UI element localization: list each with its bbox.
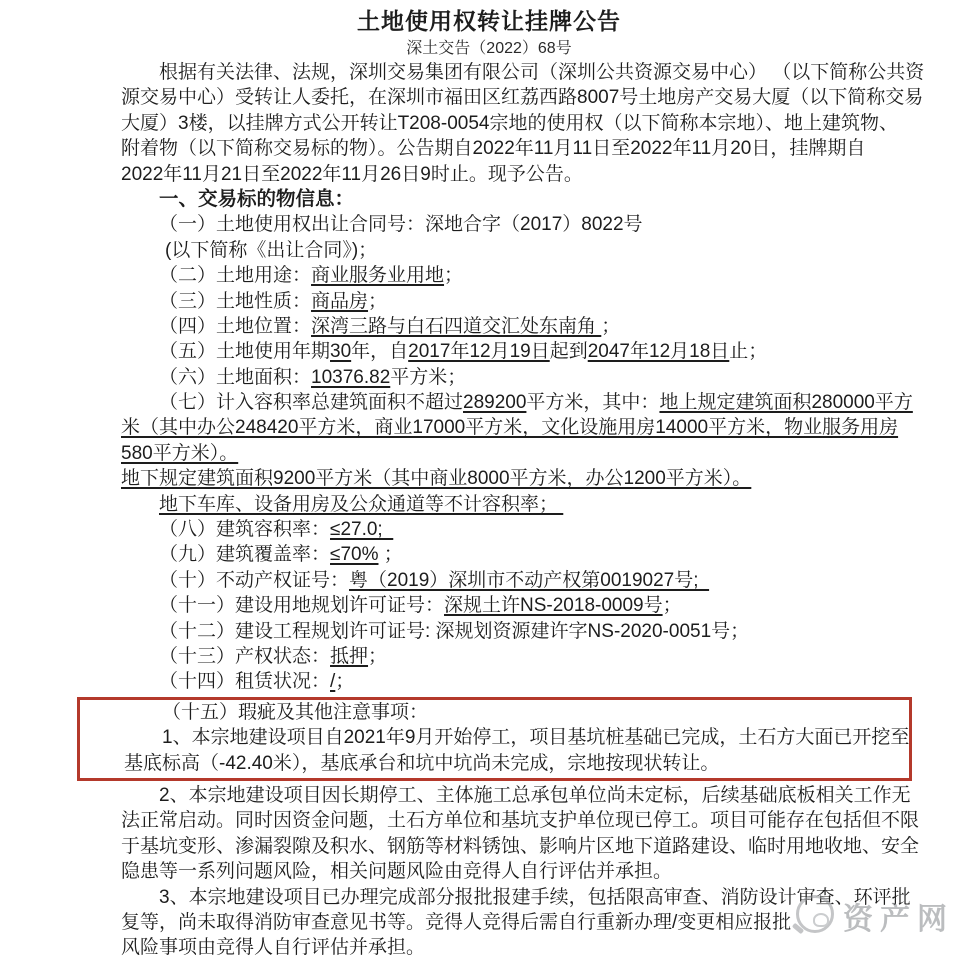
text-segment: 基底标高（-42.40米），基底承台和坑中坑尚未完成，宗地按现状转让。 bbox=[124, 753, 719, 774]
text-line: 大厦）3楼，以挂牌方式公开转让T208-0054宗地的使用权（以下简称本宗地）、… bbox=[121, 111, 912, 136]
text-line: （六）土地面积：10376.82平方米； bbox=[121, 365, 912, 390]
text-line: （七）计入容积率总建筑面积不超过289200平方米，其中：地上规定建筑面积280… bbox=[121, 390, 912, 415]
text-segment: 起到 bbox=[550, 341, 588, 362]
underlined-value: 商品房 bbox=[311, 291, 368, 312]
text-segment: （十三）产权状态： bbox=[159, 646, 330, 667]
underlined-value: 深规土许NS-2018-0009号 bbox=[444, 595, 663, 616]
text-line: （十二）建设工程规划许可证号: 深规划资源建许字NS-2020-0051号； bbox=[121, 619, 912, 644]
text-line: 米（其中办公248420平方米，商业17000平方米，文化设施用房14000平方… bbox=[121, 415, 912, 440]
page: { "document": { "title": "土地使用权转让挂牌公告", … bbox=[0, 0, 978, 958]
text-segment: 法正常启动。同时因资金问题，土石方单位和基坑支护单位现已停工。项目可能存在包括但… bbox=[121, 810, 919, 831]
underlined-value: 深湾三路与白石四道交汇处东南角 bbox=[311, 316, 601, 337]
text-line: 复等，尚未取得消防审查意见书等。竞得人竞得后需自行重新办理/变更相应报批 bbox=[121, 910, 912, 935]
text-segment: (以下简称《出让合同》)； bbox=[165, 240, 377, 261]
text-line: （九）建筑覆盖率：≤70% ； bbox=[121, 542, 912, 567]
text-line: 基底标高（-42.40米），基底承台和坑中坑尚未完成，宗地按现状转让。 bbox=[124, 751, 905, 776]
text-segment: ； bbox=[368, 291, 387, 312]
text-line: 源交易中心）受转让人委托，在深圳市福田区红荔西路8007号土地房产交易大厦（以下… bbox=[121, 85, 912, 110]
text-segment: 根据有关法律、法规，深圳交易集团有限公司（深圳公共资源交易中心） （以下简称公共… bbox=[159, 62, 924, 83]
highlight-box: （十五）瑕疵及其他注意事项：1、本宗地建设项目自2021年9月开始停工，项目基坑… bbox=[77, 697, 912, 781]
document-body: 根据有关法律、法规，深圳交易集团有限公司（深圳公共资源交易中心） （以下简称公共… bbox=[121, 60, 912, 958]
text-segment: 平方米，其中： bbox=[526, 392, 659, 413]
text-segment: （二）土地用途： bbox=[159, 265, 311, 286]
underlined-value: 商业服务业用地 bbox=[311, 265, 444, 286]
text-segment: （十一）建设用地规划许可证号： bbox=[159, 595, 444, 616]
underlined-value: 289200 bbox=[463, 392, 526, 413]
text-line: （十一）建设用地规划许可证号：深规土许NS-2018-0009号； bbox=[121, 593, 912, 618]
text-segment: 附着物（以下简称交易标的物）。公告期自2022年11月11日至2022年11月2… bbox=[121, 138, 865, 159]
text-segment: （十五）瑕疵及其他注意事项： bbox=[162, 702, 428, 723]
text-line: （十三）产权状态：抵押； bbox=[121, 644, 912, 669]
text-segment: 止； bbox=[729, 341, 767, 362]
text-line: （四）土地位置：深湾三路与白石四道交汇处东南角 ； bbox=[121, 314, 912, 339]
text-line: 地下规定建筑面积9200平方米（其中商业8000平方米，办公1200平方米）。 bbox=[121, 466, 912, 491]
text-line: 法正常启动。同时因资金问题，土石方单位和基坑支护单位现已停工。项目可能存在包括但… bbox=[121, 808, 912, 833]
underlined-value: 地上规定建筑面积280000平方 bbox=[659, 392, 912, 413]
text-segment: ； bbox=[378, 544, 402, 565]
text-segment: 隐患等一系列问题风险，相关问题风险由竞得人自行评估并承担。 bbox=[121, 861, 672, 882]
underlined-value: 30 bbox=[330, 341, 351, 362]
text-segment: 源交易中心）受转让人委托，在深圳市福田区红荔西路8007号土地房产交易大厦（以下… bbox=[121, 87, 923, 108]
text-line: （十四）租赁状况：/； bbox=[121, 669, 912, 694]
text-line: 2、本宗地建设项目因长期停工、主体施工总承包单位尚未定标，后续基础底板相关工作无 bbox=[121, 783, 912, 808]
text-segment: ； bbox=[601, 316, 620, 337]
text-segment: （九）建筑覆盖率： bbox=[159, 544, 330, 565]
text-segment: 2、本宗地建设项目因长期停工、主体施工总承包单位尚未定标，后续基础底板相关工作无 bbox=[159, 785, 911, 806]
text-segment: （六）土地面积： bbox=[159, 367, 311, 388]
text-segment: 于基坑变形、渗漏裂隙及积水、钢筋等材料锈蚀、影响片区地下道路建设、临时用地收地、… bbox=[121, 836, 919, 857]
underlined-value: ≤27.0; bbox=[330, 519, 393, 540]
text-segment: 2022年11月21日至2022年11月26日9时止。现予公告。 bbox=[121, 164, 583, 185]
text-line: 580平方米）。 bbox=[121, 441, 912, 466]
text-segment: ； bbox=[444, 265, 463, 286]
announcement-document: 土地使用权转让挂牌公告 深土交告（2022）68号 根据有关法律、法规，深圳交易… bbox=[0, 0, 978, 958]
page-title: 土地使用权转让挂牌公告 bbox=[0, 5, 978, 38]
text-line: 2022年11月21日至2022年11月26日9时止。现予公告。 bbox=[121, 162, 912, 187]
text-segment: （四）土地位置： bbox=[159, 316, 311, 337]
text-line: 1、本宗地建设项目自2021年9月开始停工，项目基坑桩基础已完成，土石方大面已开… bbox=[124, 725, 905, 750]
text-segment: （七）计入容积率总建筑面积不超过 bbox=[159, 392, 463, 413]
underlined-value: 2017年12月19日 bbox=[408, 341, 550, 362]
text-line: 3、本宗地建设项目已办理完成部分报批报建手续，包括限高审查、消防设计审查、环评批 bbox=[121, 885, 912, 910]
underlined-value: ≤70% bbox=[330, 544, 378, 565]
text-segment: （五）土地使用年期 bbox=[159, 341, 330, 362]
underlined-value: 地下车库、设备用房及公众通道等不计容积率； bbox=[159, 494, 563, 515]
text-line: 风险事项由竞得人自行评估并承担。 bbox=[121, 935, 912, 958]
text-line: 附着物（以下简称交易标的物）。公告期自2022年11月11日至2022年11月2… bbox=[121, 136, 912, 161]
text-line: （三）土地性质：商品房； bbox=[121, 289, 912, 314]
document-number: 深土交告（2022）68号 bbox=[0, 38, 978, 60]
underlined-value: 10376.82 bbox=[311, 367, 390, 388]
text-segment: 3、本宗地建设项目已办理完成部分报批报建手续，包括限高审查、消防设计审查、环评批 bbox=[159, 887, 911, 908]
text-line: 于基坑变形、渗漏裂隙及积水、钢筋等材料锈蚀、影响片区地下道路建设、临时用地收地、… bbox=[121, 834, 912, 859]
text-segment: 一、交易标的物信息： bbox=[159, 188, 354, 210]
text-segment: 平方米； bbox=[390, 367, 466, 388]
underlined-value: 地下规定建筑面积9200平方米（其中商业8000平方米，办公1200平方米）。 bbox=[121, 468, 751, 489]
text-segment: ； bbox=[663, 595, 682, 616]
underlined-value: 粤（2019）深圳市不动产权第0019027号; bbox=[349, 570, 709, 591]
text-line: （二）土地用途：商业服务业用地； bbox=[121, 263, 912, 288]
text-segment: （八）建筑容积率： bbox=[159, 519, 330, 540]
text-line: （十五）瑕疵及其他注意事项： bbox=[124, 700, 905, 725]
underlined-value: 抵押 bbox=[330, 646, 368, 667]
text-segment: 1、本宗地建设项目自2021年9月开始停工，项目基坑桩基础已完成，土石方大面已开… bbox=[162, 727, 909, 748]
text-line: （十）不动产权证号：粤（2019）深圳市不动产权第0019027号; bbox=[121, 568, 912, 593]
text-line: 一、交易标的物信息： bbox=[121, 187, 912, 212]
text-segment: （十）不动产权证号： bbox=[159, 570, 349, 591]
text-segment: （三）土地性质： bbox=[159, 291, 311, 312]
text-segment: （十四）租赁状况： bbox=[159, 671, 330, 692]
text-segment: 复等，尚未取得消防审查意见书等。竞得人竞得后需自行重新办理/变更相应报批 bbox=[121, 912, 791, 933]
text-segment: 大厦）3楼，以挂牌方式公开转让T208-0054宗地的使用权（以下简称本宗地）、… bbox=[121, 113, 898, 134]
text-line: （一）土地使用权出让合同号：深地合字（2017）8022号 bbox=[121, 212, 912, 237]
document-header: 土地使用权转让挂牌公告 深土交告（2022）68号 bbox=[0, 5, 978, 60]
text-line: （五）土地使用年期30年，自2017年12月19日起到2047年12月18日止； bbox=[121, 339, 912, 364]
text-segment: （一）土地使用权出让合同号：深地合字（2017）8022号 bbox=[159, 214, 643, 235]
underlined-value: 2047年12月18日 bbox=[588, 341, 730, 362]
text-segment: ； bbox=[335, 671, 354, 692]
underlined-value: 580平方米）。 bbox=[121, 443, 238, 464]
text-segment: （十二）建设工程规划许可证号: 深规划资源建许字NS-2020-0051号； bbox=[159, 621, 749, 642]
text-line: （八）建筑容积率：≤27.0; bbox=[121, 517, 912, 542]
underlined-value: 米（其中办公248420平方米，商业17000平方米，文化设施用房14000平方… bbox=[121, 417, 898, 438]
text-line: (以下简称《出让合同》)； bbox=[121, 238, 912, 263]
text-segment: ； bbox=[368, 646, 387, 667]
text-line: 根据有关法律、法规，深圳交易集团有限公司（深圳公共资源交易中心） （以下简称公共… bbox=[121, 60, 912, 85]
text-line: 地下车库、设备用房及公众通道等不计容积率； bbox=[121, 492, 912, 517]
text-segment: 年，自 bbox=[351, 341, 408, 362]
text-segment: 风险事项由竞得人自行评估并承担。 bbox=[121, 937, 425, 958]
text-line: 隐患等一系列问题风险，相关问题风险由竞得人自行评估并承担。 bbox=[121, 859, 912, 884]
